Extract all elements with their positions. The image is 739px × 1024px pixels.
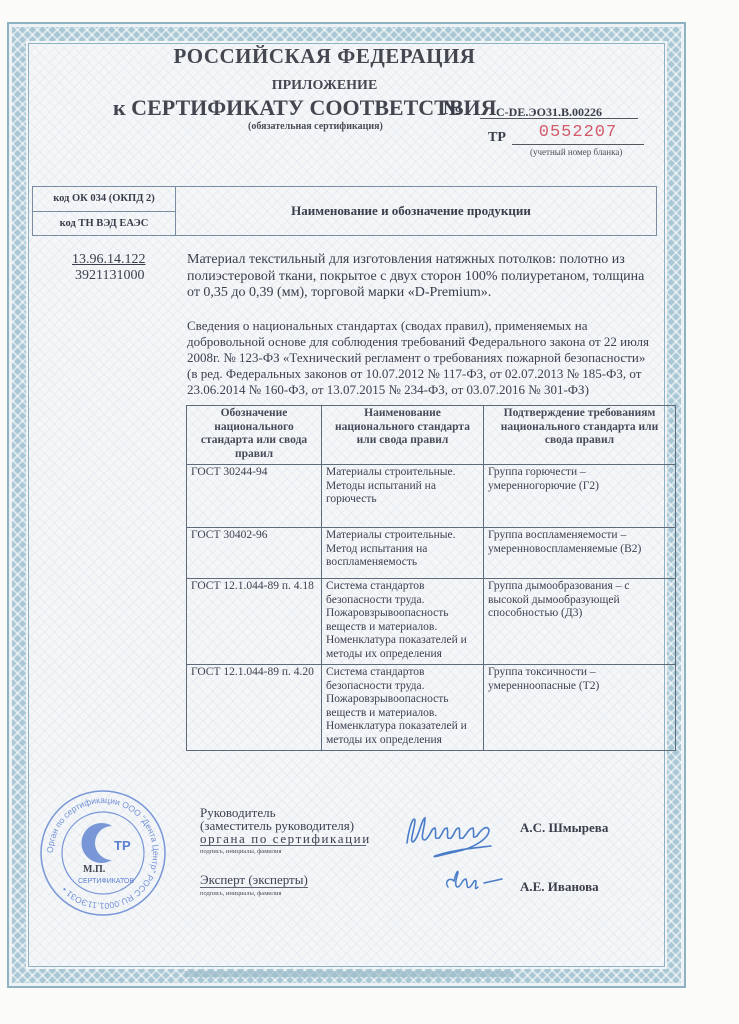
expert-signature-caption: подпись, инициалы, фамилия [200,887,308,897]
document-title: к СЕРТИФИКАТУ СООТВЕТСТВИЯ [113,95,497,121]
tnved-code: 3921131000 [75,268,144,284]
table-row: ГОСТ 12.1.044-89 п. 4.18 Система стандар… [187,579,676,665]
standards-table: Обозначение национального стандарта или … [186,405,676,751]
cell-name: Система стандартов безопасности труда. П… [322,665,484,751]
stamp-sub-text: СЕРТИФИКАТОВ [78,878,134,885]
okpd-code-header: код ОК 034 (ОКПД 2) [33,187,175,212]
cell-confirmation: Группа горючести – умеренногорючие (Г2) [484,465,676,528]
cell-designation: ГОСТ 12.1.044-89 п. 4.18 [187,579,322,665]
cell-designation: ГОСТ 12.1.044-89 п. 4.20 [187,665,322,751]
seal-label: М.П. [83,864,106,875]
head-role: Руководитель (заместитель руководителя) … [200,806,371,845]
tnved-code-header: код ТН ВЭД ЕАЭС [33,212,175,236]
head-name: А.С. Шмырева [520,820,608,836]
blank-number: 0552207 [512,123,644,145]
cell-designation: ГОСТ 30402-96 [187,528,322,579]
table-row: ГОСТ 12.1.044-89 п. 4.20 Система стандар… [187,665,676,751]
appendix-label: ПРИЛОЖЕНИЕ [0,78,739,94]
product-name-header: Наименование и обозначение продукции [176,187,656,235]
head-signature-caption: подпись, инициалы, фамилия [200,845,366,855]
head-role-line3: органа по сертификации [200,832,371,845]
standards-intro: Сведения о национальных стандартах (свод… [187,318,657,398]
column-header-name: Наименование национального стандарта или… [322,406,484,465]
expert-name: А.Е. Иванова [520,879,599,895]
column-header-designation: Обозначение национального стандарта или … [187,406,322,465]
cell-designation: ГОСТ 30244-94 [187,465,322,528]
cell-name: Материалы строительные. Метод испытания … [322,528,484,579]
table-row: ГОСТ 30244-94 Материалы строительные. Ме… [187,465,676,528]
number-sign: № [443,98,462,120]
head-signature-icon [395,808,505,863]
expert-role: Эксперт (эксперты) [200,872,308,888]
code-headers: код ОК 034 (ОКПД 2) код ТН ВЭД ЕАЭС [33,187,176,235]
stamp-logo-text: ТР [114,838,131,853]
cell-name: Материалы строительные. Методы испытаний… [322,465,484,528]
okpd-code: 13.96.14.122 [72,252,146,268]
cell-confirmation: Группа токсичности – умеренноопасные (Т2… [484,665,676,751]
product-description: Материал текстильный для изготовления на… [187,252,657,302]
certification-stamp-icon: Орган по сертификации ООО "Дента Центр" … [38,788,168,918]
series-label: ТР [488,130,506,146]
country-title: РОССИЙСКАЯ ФЕДЕРАЦИЯ [0,44,739,69]
table-row: ГОСТ 30402-96 Материалы строительные. Ме… [187,528,676,579]
column-header-confirmation: Подтверждение требованиям национального … [484,406,676,465]
product-header-table: код ОК 034 (ОКПД 2) код ТН ВЭД ЕАЭС Наим… [32,186,657,236]
mandatory-note: (обязательная сертификация) [248,121,383,132]
cell-confirmation: Группа воспламеняемости – умеренновоспла… [484,528,676,579]
blank-number-caption: (учетный номер бланка) [530,147,622,157]
cell-name: Система стандартов безопасности труда. П… [322,579,484,665]
footer-print-strip [185,971,513,977]
expert-signature-icon [440,865,510,895]
certificate-number: C-DE.ЭО31.B.00226 [480,98,638,119]
cell-confirmation: Группа дымообразования – с высокой дымоо… [484,579,676,665]
table-header-row: Обозначение национального стандарта или … [187,406,676,465]
